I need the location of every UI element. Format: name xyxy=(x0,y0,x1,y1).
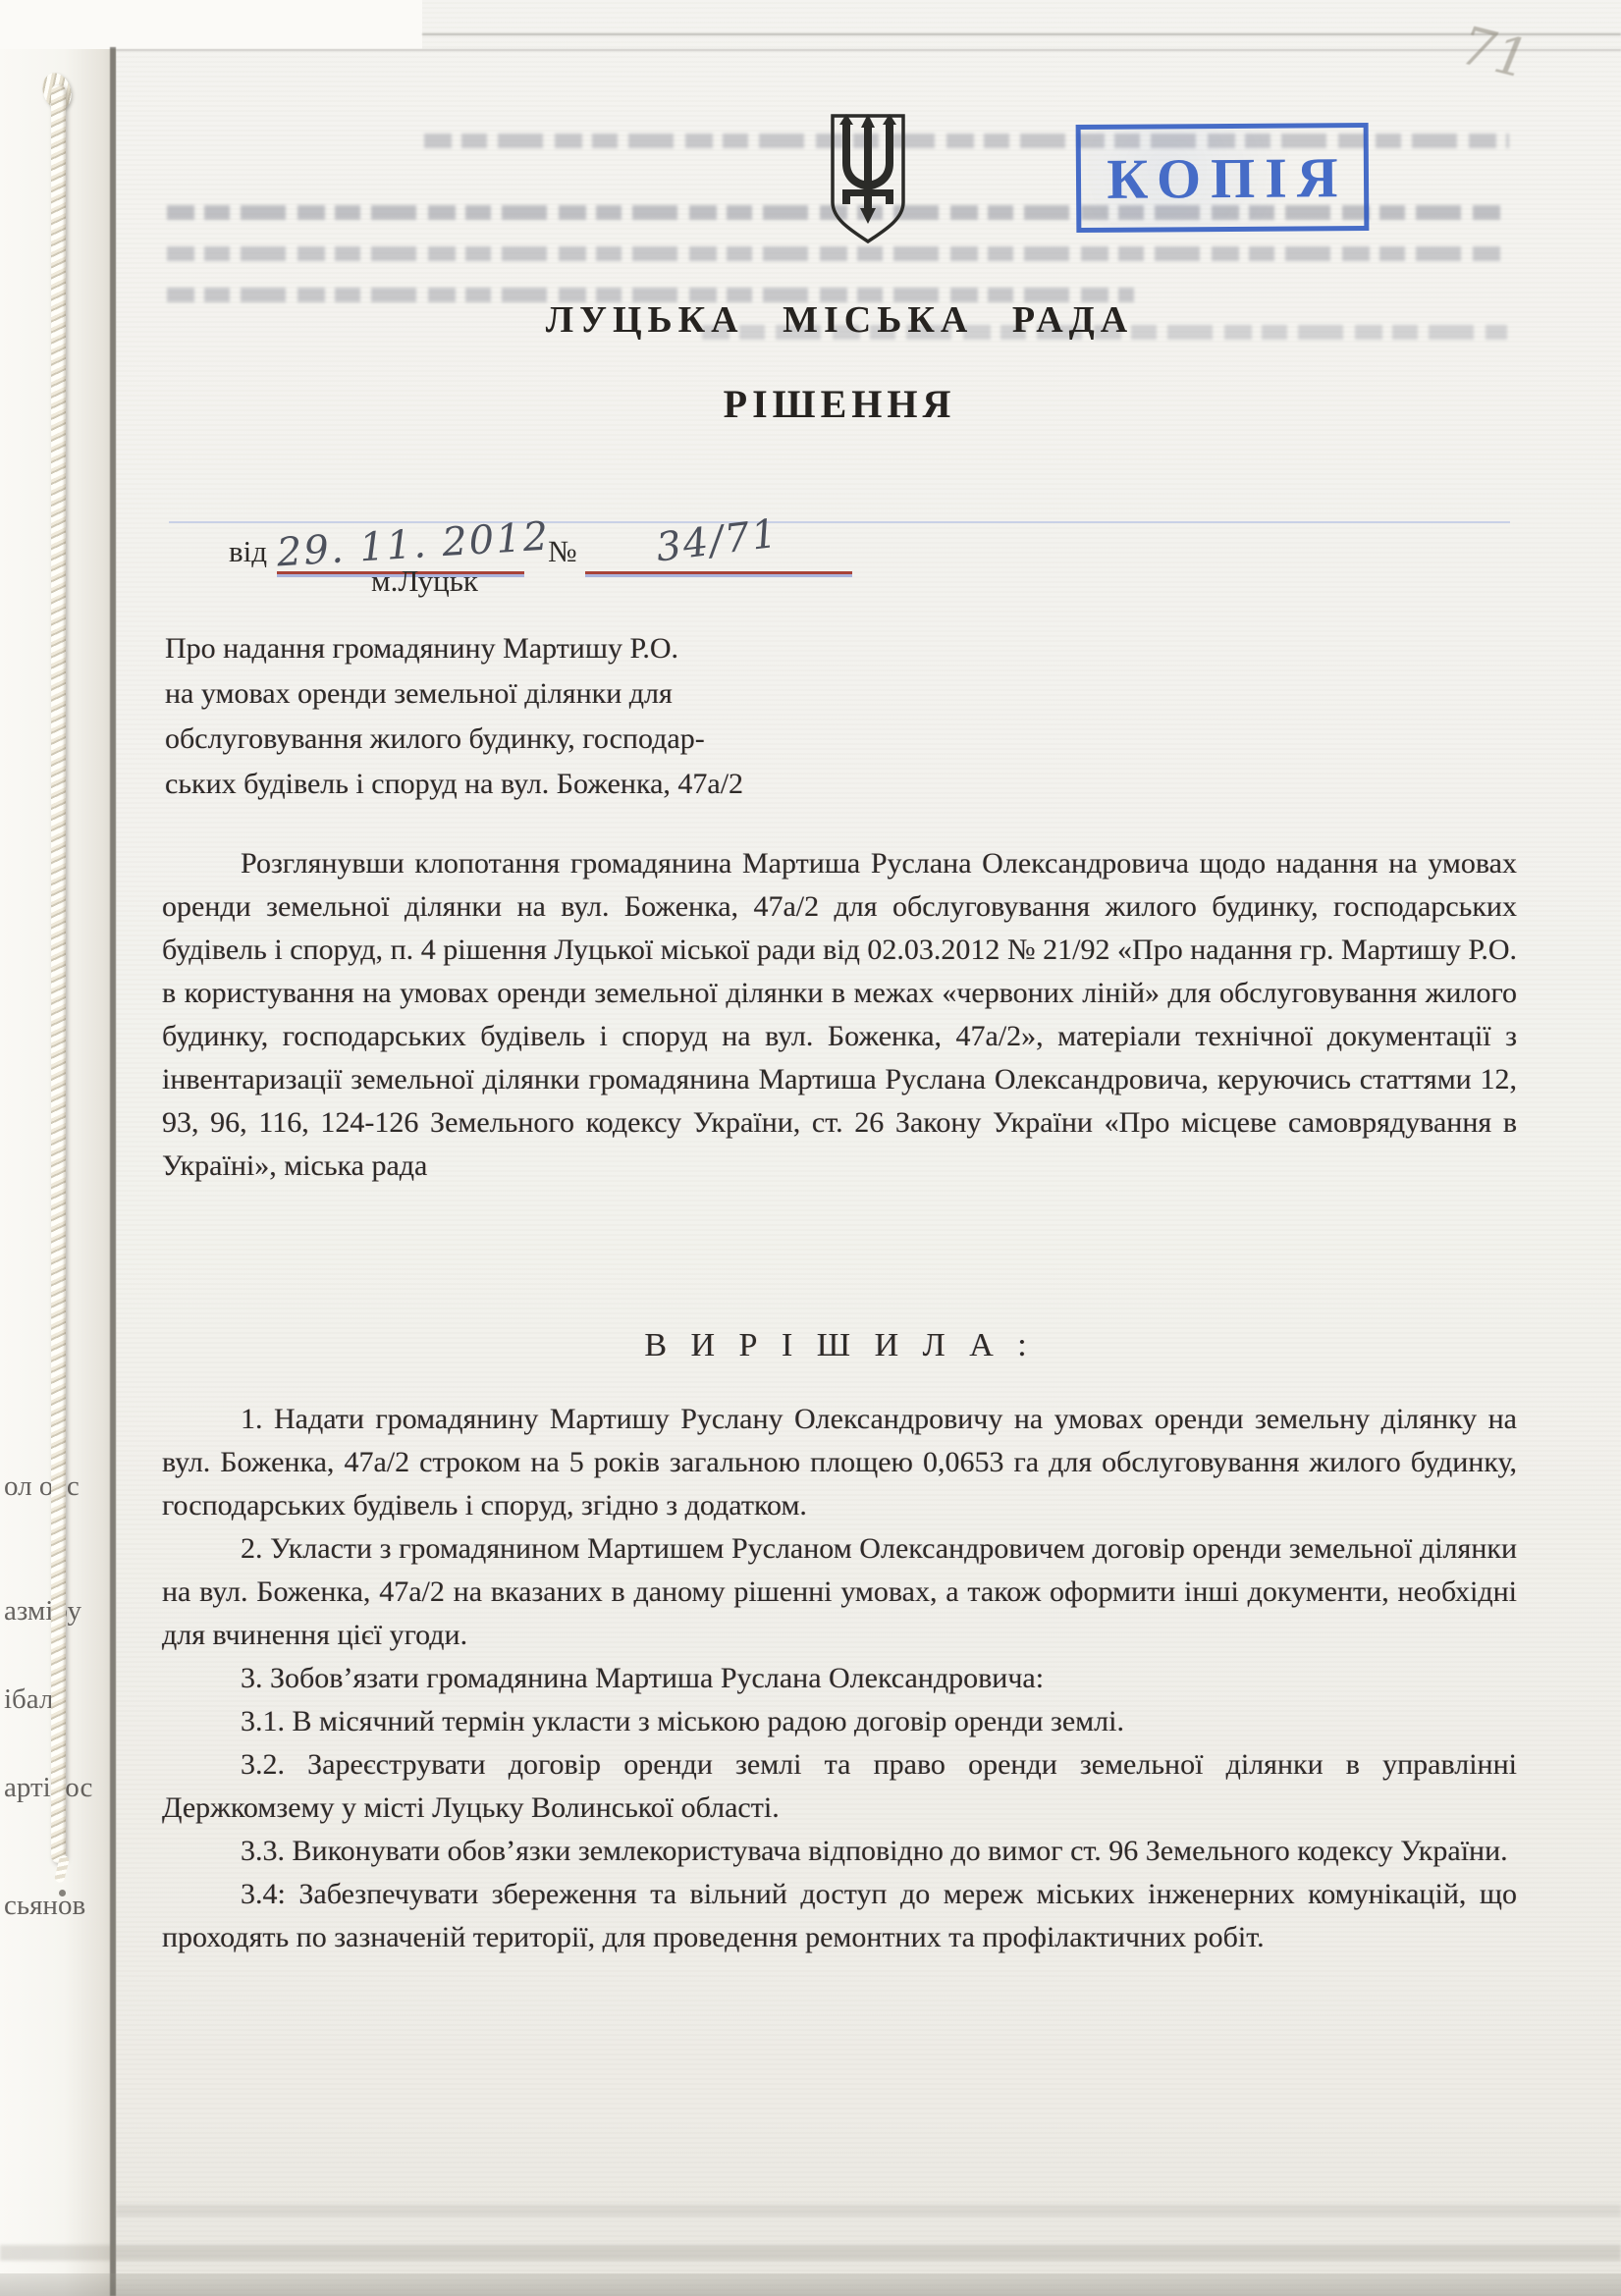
scan-artifact-line xyxy=(169,521,1510,523)
trident-emblem-icon xyxy=(827,110,909,247)
ghost-text-line xyxy=(167,246,1507,261)
preamble-paragraph: Розглянувши клопотання громадянина Марти… xyxy=(162,842,1517,1188)
scan-band xyxy=(116,2205,1621,2216)
resolution-item: 1. Надати громадянину Мартишу Руслану Ол… xyxy=(162,1398,1517,1527)
scan-artifact-line xyxy=(422,33,1621,35)
resolution-item: 3.3. Виконувати обов’язки землекористува… xyxy=(162,1830,1517,1873)
resolved-heading: В И Р І Ш И Л А : xyxy=(162,1327,1517,1364)
copy-stamp: КОПІЯ xyxy=(1076,123,1370,233)
resolution-item: 2. Укласти з громадянином Мартишем Русла… xyxy=(162,1527,1517,1657)
resolution-item: 3. Зобов’язати громадянина Мартиша Русла… xyxy=(162,1657,1517,1700)
scanned-document-page: ол овс азміру ібала артірос сьянов 71 xyxy=(0,0,1621,2296)
binding-thread-dot xyxy=(59,1890,66,1896)
date-prefix-label: від xyxy=(229,534,267,568)
pencil-page-number: 71 xyxy=(1450,16,1540,90)
scan-artifact-line xyxy=(116,49,1621,51)
subject-line: ських будівель і споруд на вул. Боженка,… xyxy=(165,762,743,807)
margin-fragment: сьянов xyxy=(4,1890,108,1922)
number-handwritten-value: 34/71 xyxy=(654,511,782,571)
scan-white-corner xyxy=(0,0,422,49)
resolution-item: 3.2. Зареєструвати договір оренди землі … xyxy=(162,1743,1517,1830)
page-edge-line xyxy=(110,47,116,2296)
org-name: ЛУЦЬКА МІСЬКА РАДА xyxy=(157,298,1522,342)
resolution-items: 1. Надати громадянину Мартишу Руслану Ол… xyxy=(162,1398,1517,1959)
subject-line: на умовах оренди земельної ділянки для xyxy=(165,671,743,717)
resolution-item: 3.4: Забезпечувати збереження та вільний… xyxy=(162,1873,1517,1959)
date-number-line: від29. 11. 2012№34/71 xyxy=(229,526,852,574)
copy-stamp-label: КОПІЯ xyxy=(1107,144,1348,212)
number-underline-field: 34/71 xyxy=(585,526,852,574)
scan-band xyxy=(0,2273,1621,2296)
city-label: м.Луцьк xyxy=(371,563,478,599)
subject-block: Про надання громадянину Мартишу Р.О. на … xyxy=(165,626,743,807)
number-sign: № xyxy=(548,534,577,568)
scan-band xyxy=(0,2245,1621,2261)
resolution-item: 3.1. В місячний термін укласти з міською… xyxy=(162,1700,1517,1743)
subject-line: Про надання громадянину Мартишу Р.О. xyxy=(165,626,743,671)
subject-line: обслуговування жилого будинку, господар- xyxy=(165,717,743,762)
doc-type-title: РІШЕННЯ xyxy=(157,381,1522,427)
binding-thread xyxy=(51,84,66,1863)
